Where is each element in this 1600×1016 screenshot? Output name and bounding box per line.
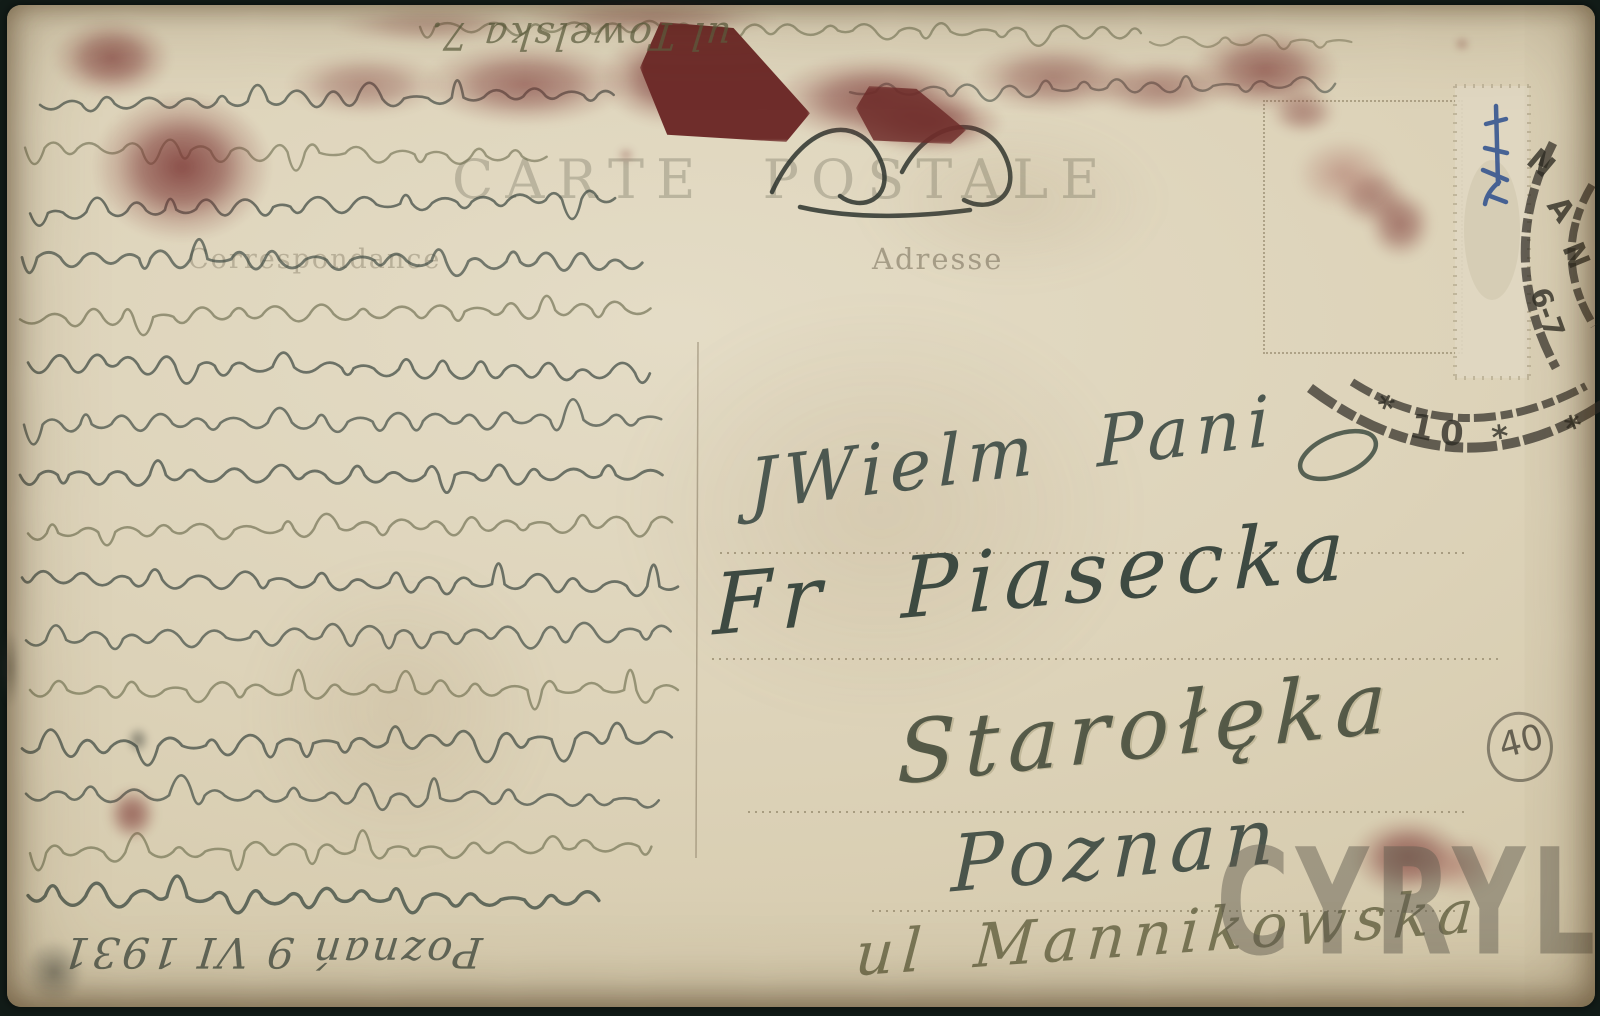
- postcard-scan: CARTE POSTALE Correspondance Adresse: [0, 0, 1600, 1016]
- message-top-fragment: ul Towelska 7.: [426, 14, 733, 58]
- postmark-digit: 0: [1439, 413, 1465, 455]
- red-stain: [52, 18, 172, 98]
- handwriting-loop: [1293, 421, 1382, 488]
- handwriting-line: [20, 461, 662, 493]
- stamp-remnant: [1455, 86, 1529, 378]
- message-date-line: Poznań 9 VI 1931: [57, 928, 484, 977]
- paper-shading: [250, 560, 550, 860]
- red-stain: [1268, 88, 1338, 136]
- red-stain: [92, 92, 272, 242]
- red-stain: [106, 786, 158, 842]
- handwriting-line: [28, 875, 599, 916]
- archive-watermark: CYRYL: [1216, 818, 1600, 989]
- handwriting-line: [28, 348, 650, 391]
- handwriting-line: [24, 398, 662, 444]
- red-stain: [618, 148, 634, 162]
- red-stain: [1455, 38, 1469, 50]
- paper-shading: [860, 120, 1160, 280]
- handwriting-line: [20, 294, 651, 337]
- handwriting-line: [22, 238, 643, 278]
- ink-smudge: [0, 628, 20, 708]
- red-stain: [1296, 138, 1392, 210]
- ink-smudge: [126, 726, 150, 754]
- handwriting-line: [28, 508, 672, 547]
